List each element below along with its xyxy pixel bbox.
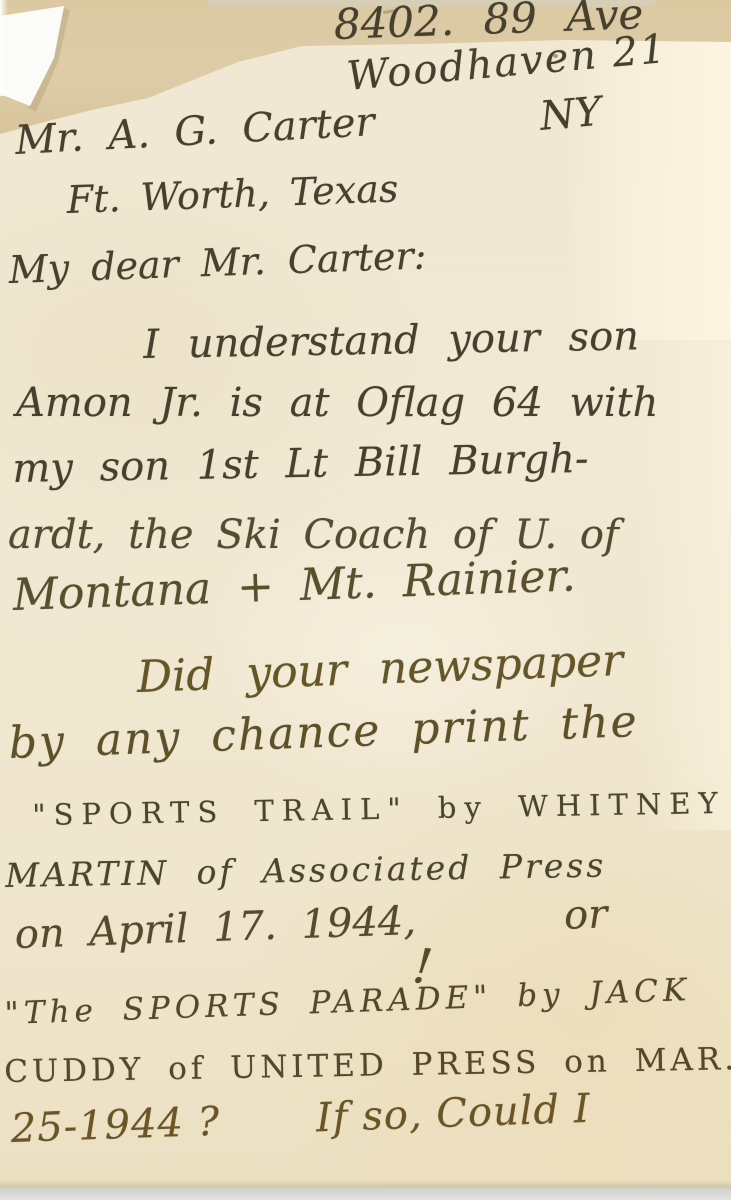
scan-background-sliver — [0, 0, 8, 96]
letter-scan: 8402. 89 Ave Woodhaven 21 NY Mr. A. G. C… — [0, 0, 731, 1200]
body-line-1: I understand your son — [143, 313, 639, 368]
body-line-2: Amon Jr. is at Oflag 64 with — [16, 380, 658, 426]
sender-address-line-3: NY — [538, 89, 603, 140]
scan-background-bottom-strip — [0, 1188, 731, 1200]
